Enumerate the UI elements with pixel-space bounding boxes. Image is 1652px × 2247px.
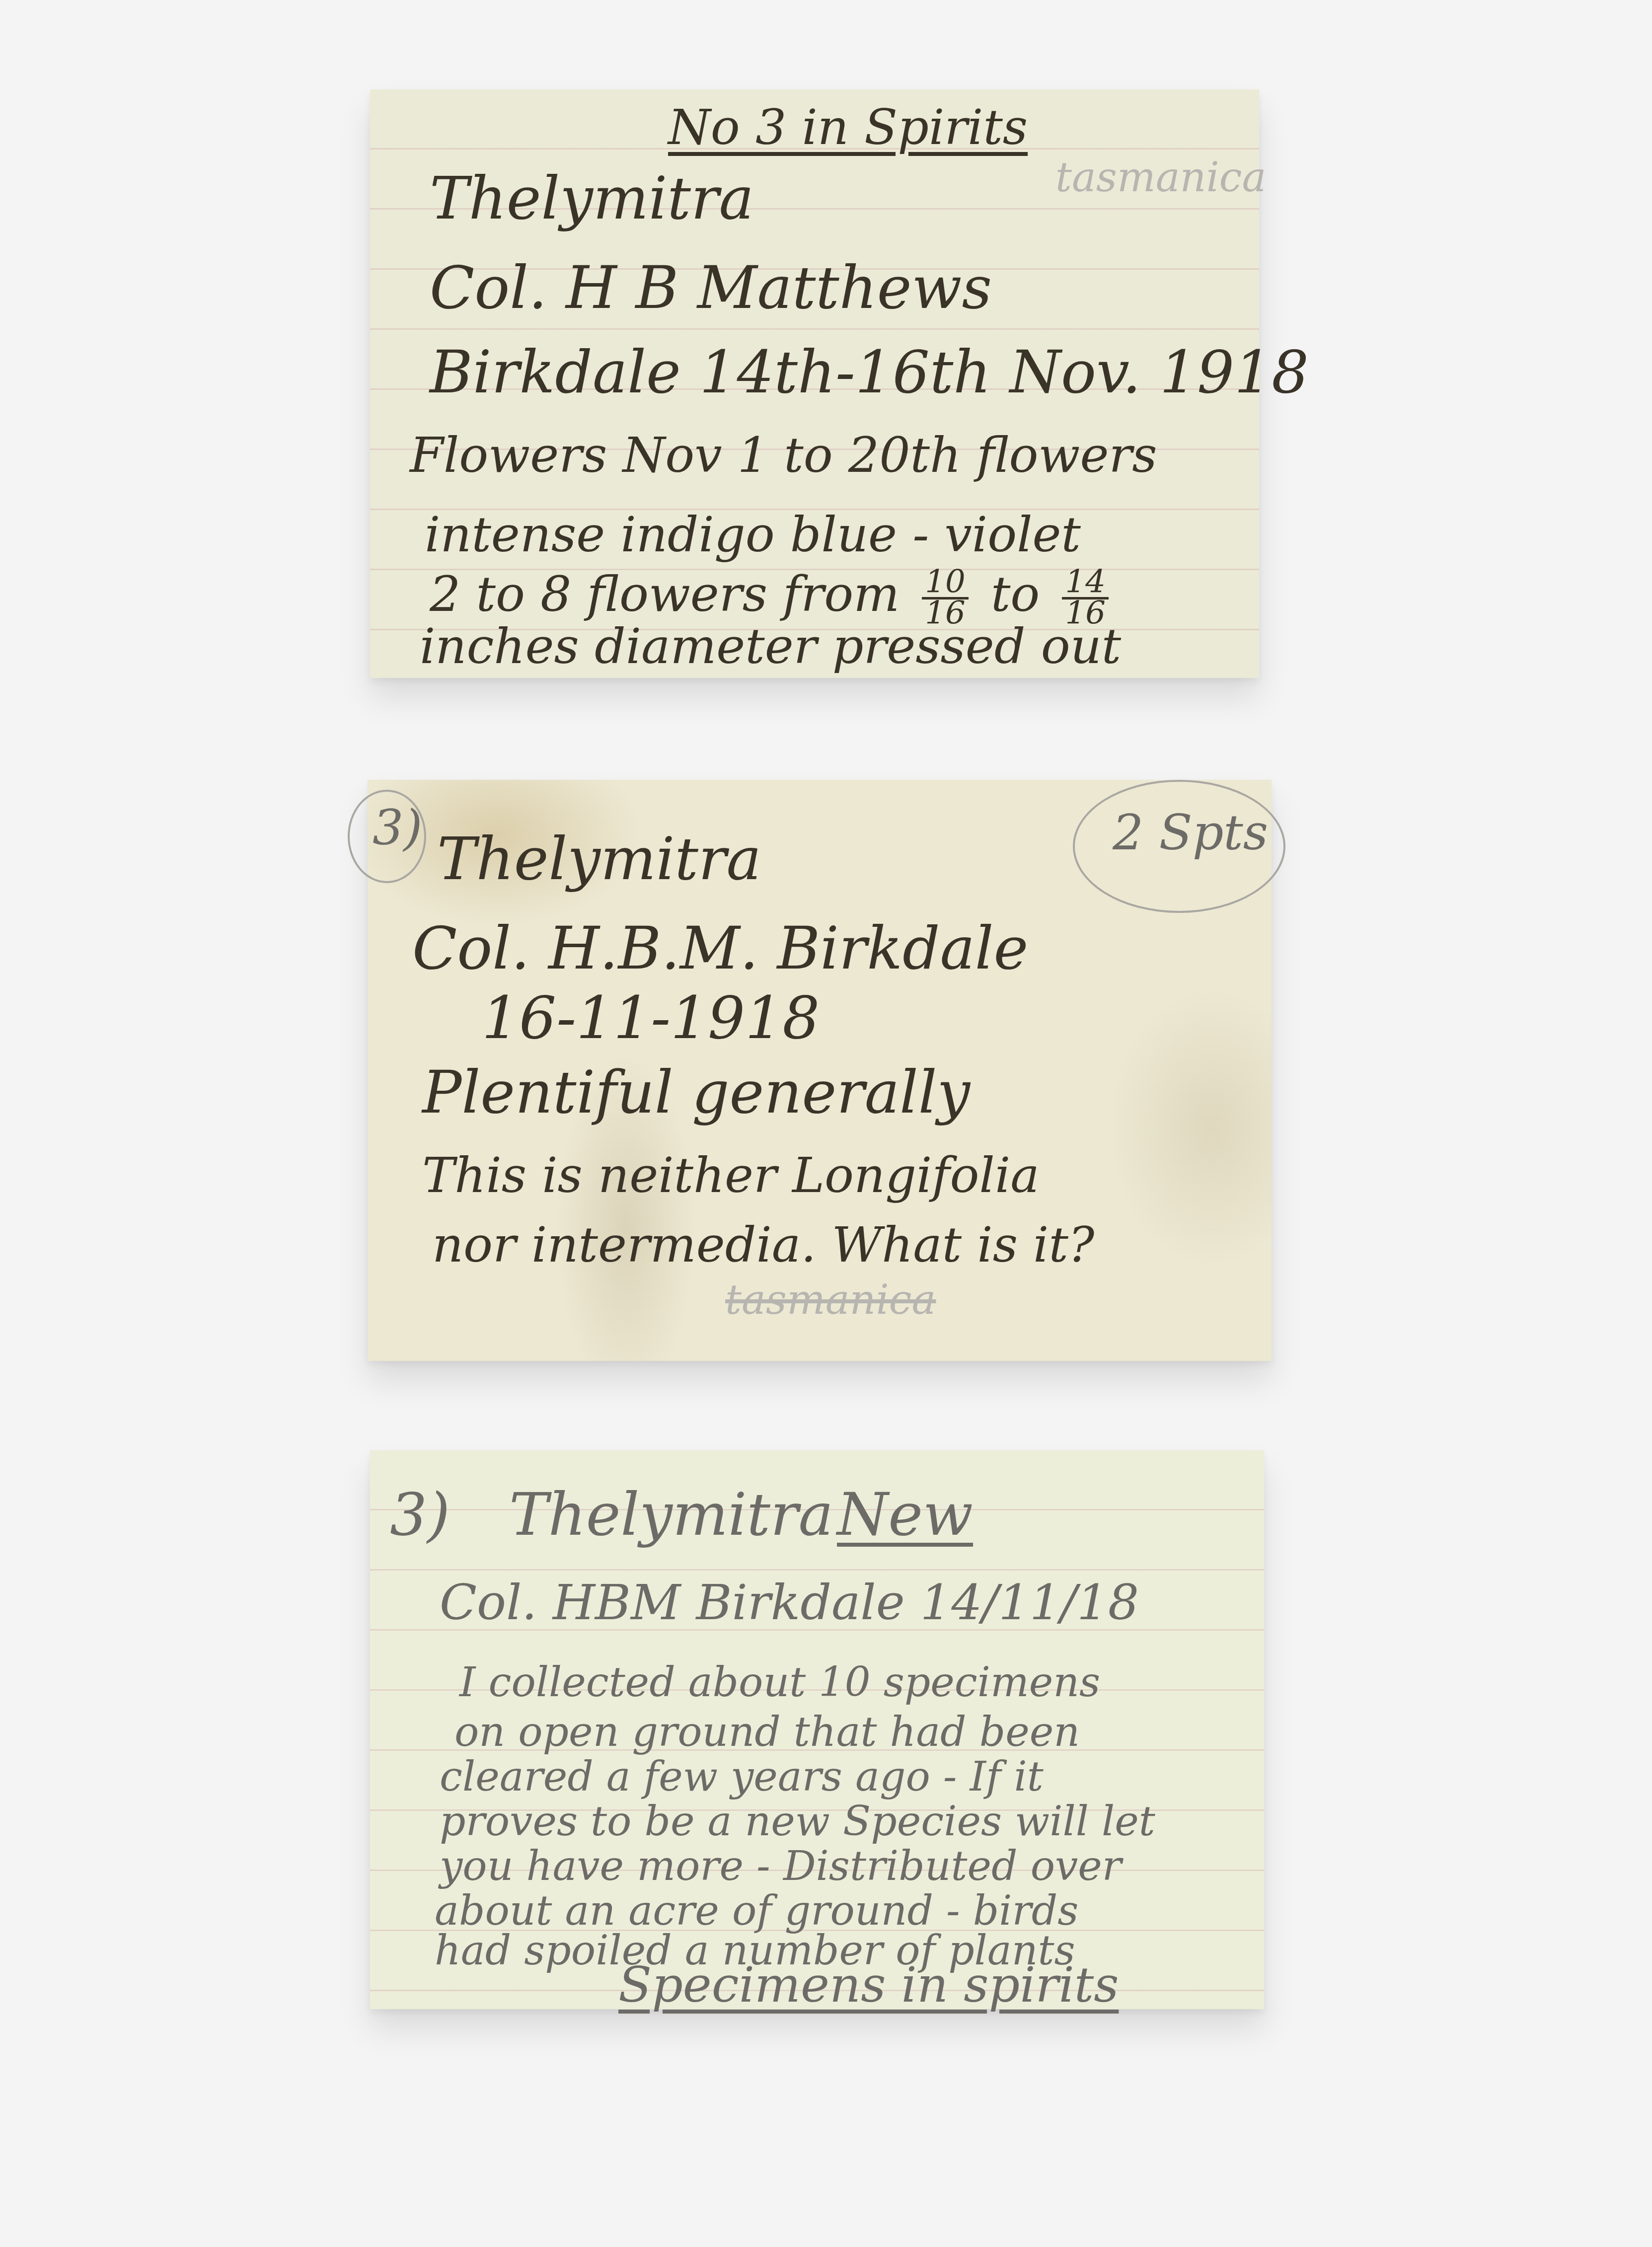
body-line-4: proves to be a new Species will let [440,1798,1155,1845]
body-line-1: I collected about 10 specimens [459,1659,1100,1706]
collector-line: Col. H B Matthews [430,253,992,322]
body-line-3: cleared a few years ago - If it [440,1753,1044,1800]
body-line-2: on open ground that had been [454,1709,1080,1756]
identification-line-1: This is neither Longifolia [422,1147,1040,1204]
pencil-footer-annotation: tasmanica [725,1276,936,1324]
corner-number-left: 3) [373,800,423,856]
note-number: 3) [390,1480,450,1549]
abundance-line: Plentiful generally [422,1058,970,1126]
fraction-joiner: to [991,566,1040,623]
specimen-note-3: 3) Thelymitra New Col. HBM Birkdale 14/1… [370,1450,1264,2009]
corner-number-right: 2 Spts [1113,805,1268,861]
diameter-line: inches diameter pressed out [420,618,1121,675]
specimen-note-2: 3) 2 Spts Thelymitra Col. H.B.M. Birkdal… [368,780,1272,1361]
genus-name: Thelymitra [437,824,761,893]
genus-name: Thelymitra [509,1480,833,1549]
identification-line-2: nor intermedia. What is it? [432,1217,1094,1273]
new-species-tag: New [837,1480,973,1549]
note-header: No 3 in Spirits [668,99,1028,156]
flowering-line: Flowers Nov 1 to 20th flowers [410,427,1157,484]
specimens-footer: Specimens in spirits [618,1957,1119,2014]
flower-count-text: 2 to 8 flowers from [430,566,900,623]
collector-location-line: Col. H.B.M. Birkdale [412,914,1028,982]
pencil-margin-annotation: tasmanica [1055,154,1266,201]
color-line: intense indigo blue - violet [425,507,1081,563]
date-line: 16-11-1918 [482,983,820,1052]
collector-location-date-line: Col. HBM Birkdale 14/11/18 [440,1574,1139,1631]
body-line-5: you have more - Distributed over [440,1843,1122,1890]
location-date-line: Birkdale 14th-16th Nov. 1918 [430,338,1309,406]
genus-name: Thelymitra [430,164,754,232]
specimen-note-1: No 3 in Spirits tasmanica Thelymitra Col… [370,89,1259,678]
